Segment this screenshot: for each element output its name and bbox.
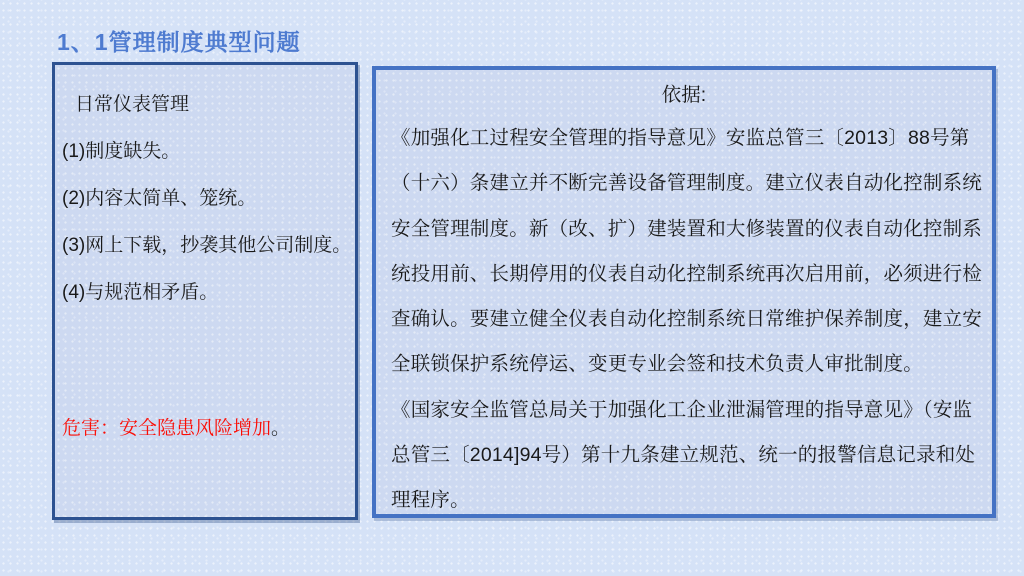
problem-item-2: (2)内容太简单、笼统。: [62, 175, 349, 222]
basis-line-9: 理程序。: [391, 478, 977, 523]
basis-line-4: 统投用前、长期停用的仪表自动化控制系统再次启用前，必须进行检: [391, 252, 977, 297]
basis-line-1: 《加强化工过程安全管理的指导意见》安监总管三〔2013〕88号第: [391, 116, 977, 161]
page-title: 1、1管理制度典型问题: [57, 24, 301, 57]
problems-panel: 日常仪表管理 (1)制度缺失。 (2)内容太简单、笼统。 (3)网上下载，抄袭其…: [52, 62, 358, 520]
hazard-text: 危害：安全隐患风险增加: [62, 418, 271, 439]
slide: 1、1管理制度典型问题 日常仪表管理 (1)制度缺失。 (2)内容太简单、笼统。…: [0, 0, 1024, 576]
basis-heading: 依据:: [391, 75, 977, 116]
basis-line-3: 安全管理制度。新（改、扩）建装置和大修装置的仪表自动化控制系: [391, 207, 977, 252]
hazard-period: 。: [271, 418, 290, 439]
problem-item-3: (3)网上下载，抄袭其他公司制度。: [62, 222, 349, 269]
basis-line-5: 查确认。要建立健全仪表自动化控制系统日常维护保养制度，建立安: [391, 297, 977, 342]
problems-heading: 日常仪表管理: [62, 81, 349, 128]
basis-line-2: （十六）条建立并不断完善设备管理制度。建立仪表自动化控制系统: [391, 161, 977, 206]
basis-line-6: 全联锁保护系统停运、变更专业会签和技术负责人审批制度。: [391, 342, 977, 387]
problem-item-1: (1)制度缺失。: [62, 128, 349, 175]
hazard-note: 危害：安全隐患风险增加。: [62, 405, 349, 452]
basis-line-8: 总管三〔2014]94号）第十九条建立规范、统一的报警信息记录和处: [391, 433, 977, 478]
problem-item-4: (4)与规范相矛盾。: [62, 269, 349, 316]
basis-panel: 依据: 《加强化工过程安全管理的指导意见》安监总管三〔2013〕88号第 （十六…: [372, 66, 996, 518]
basis-line-7: 《国家安全监管总局关于加强化工企业泄漏管理的指导意见》（安监: [391, 388, 977, 433]
